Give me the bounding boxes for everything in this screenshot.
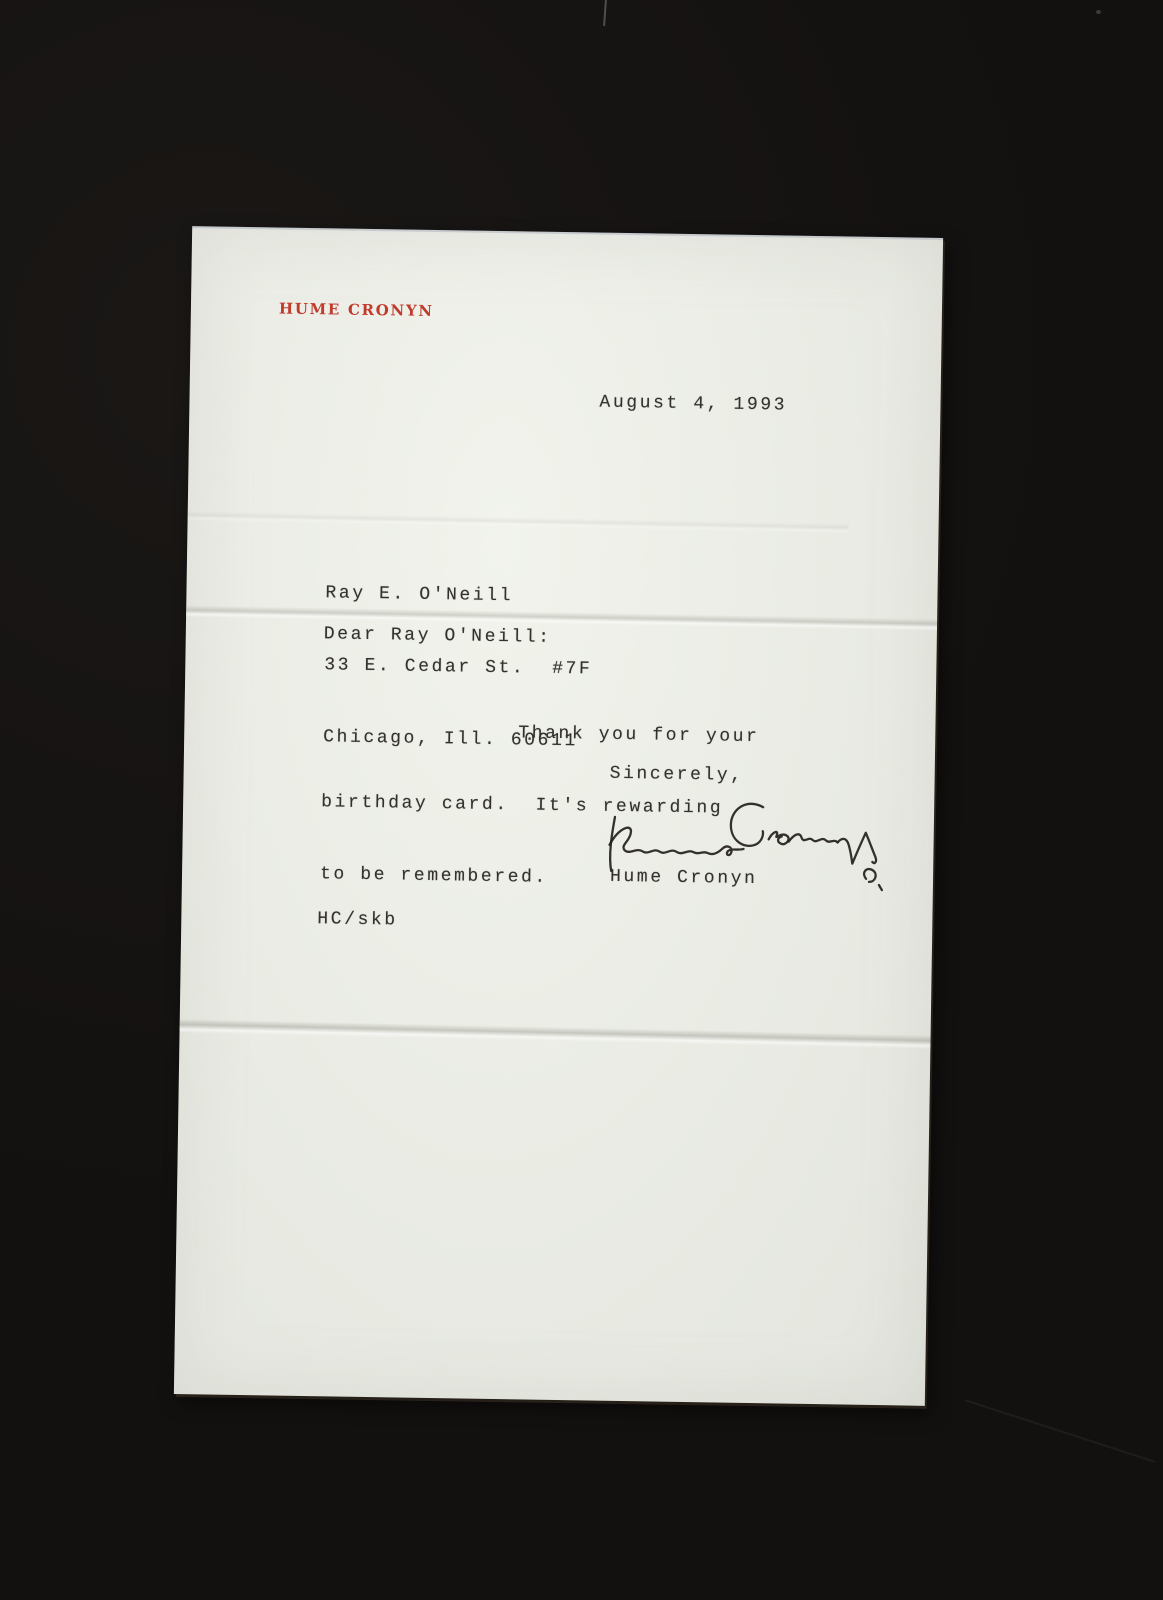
reference-initials: HC/skb bbox=[317, 907, 398, 932]
letter-paper: HUME CRONYN August 4, 1993 Ray E. O'Neil… bbox=[174, 226, 943, 1406]
signature-strokes bbox=[609, 802, 877, 875]
closing: Sincerely, bbox=[609, 762, 743, 788]
fold-crease-lower bbox=[180, 1019, 931, 1049]
recipient-name-line: Ray E. O'Neill bbox=[325, 581, 593, 609]
date-line: August 4, 1993 bbox=[599, 391, 787, 418]
fold-crease-upper bbox=[188, 511, 849, 534]
typed-signature-name: Hume Cronyn bbox=[610, 865, 758, 891]
annotation-mark-o bbox=[864, 869, 882, 890]
letterhead: HUME CRONYN bbox=[279, 300, 434, 320]
body-line-1: Thank you for your bbox=[322, 718, 760, 749]
salutation: Dear Ray O'Neill: bbox=[324, 622, 552, 650]
background-speck bbox=[1096, 10, 1101, 14]
background-scratch bbox=[603, 0, 607, 26]
scan-background: HUME CRONYN August 4, 1993 Ray E. O'Neil… bbox=[0, 0, 1163, 1600]
background-crease bbox=[965, 1399, 1156, 1463]
